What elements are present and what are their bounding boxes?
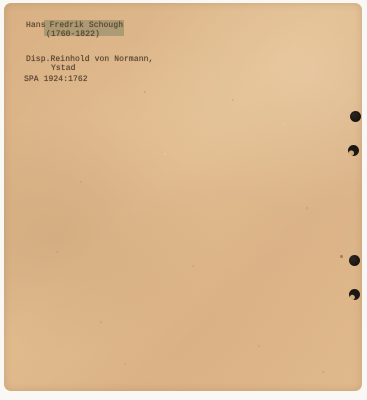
ink-dot-2 [348, 145, 359, 156]
ink-dot-3 [349, 255, 360, 266]
archive-card: HansFredrik Schough (1760-1822) Disp.Rei… [4, 3, 362, 391]
scanned-page: HansFredrik Schough (1760-1822) Disp.Rei… [0, 0, 367, 400]
ink-dot-4 [349, 289, 360, 300]
provenance-line-1: Disp.Reinhold von Normann, [26, 55, 153, 64]
provenance-line-2: Ystad [51, 64, 76, 73]
archive-reference: SPA 1924:1762 [24, 75, 88, 84]
red-ink-speck [340, 255, 343, 258]
paper-texture-speckles [4, 3, 6, 5]
name-prefix: Hans [26, 21, 46, 30]
life-dates: (1760-1822) [46, 30, 100, 39]
ink-dot-1 [350, 111, 361, 122]
name-highlighted-text: Fredrik Schough [50, 21, 124, 30]
name-line: HansFredrik Schough [26, 21, 123, 30]
